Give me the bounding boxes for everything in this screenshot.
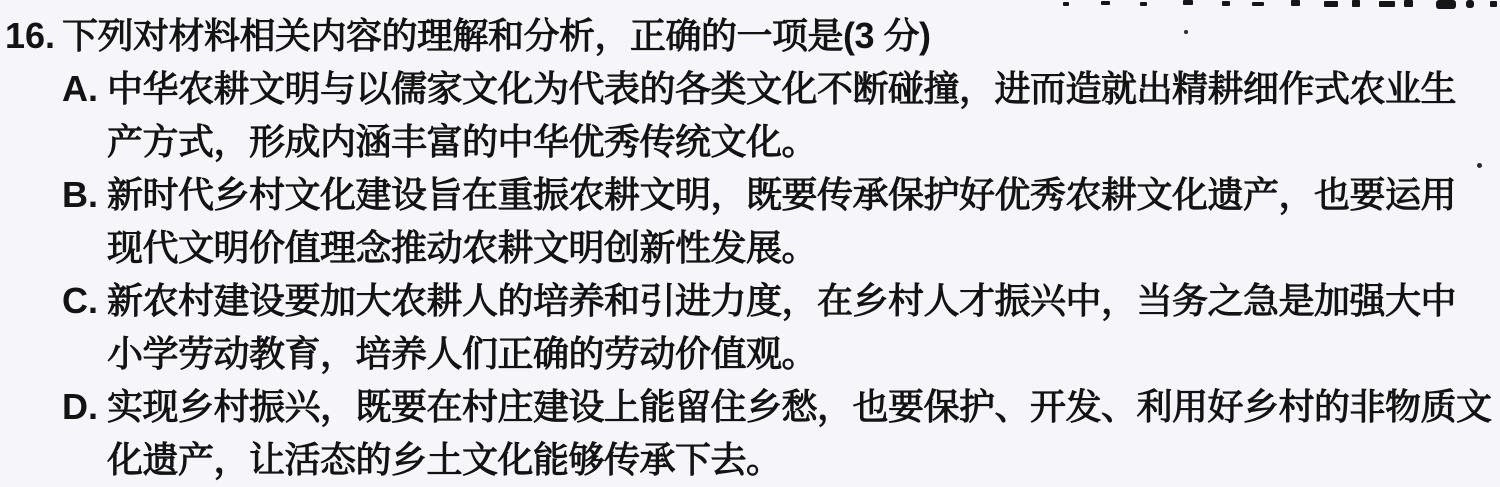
option-c-label: C. <box>62 274 107 327</box>
glyph-fragment <box>1140 2 1147 6</box>
option-d: D.实现乡村振兴，既要在村庄建设上能留住乡愁，也要保护、开发、利用好乡村的非物质… <box>0 380 1500 486</box>
glyph-fragment <box>1101 1 1110 5</box>
option-d-text: 实现乡村振兴，既要在村庄建设上能留住乡愁，也要保护、开发、利用好乡村的非物质文 <box>107 386 1492 427</box>
option-b: B.新时代乡村文化建设旨在重振农耕文明，既要传承保护好优秀农耕文化遗产，也要运用… <box>0 168 1500 274</box>
glyph-fragment <box>1490 1 1497 7</box>
option-a: A.中华农耕文明与以儒家文化为代表的各类文化不断碰撞，进而造就出精耕细作式农业生… <box>0 62 1500 168</box>
option-d-line1: D.实现乡村振兴，既要在村庄建设上能留住乡愁，也要保护、开发、利用好乡村的非物质… <box>0 380 1500 433</box>
question-stem: 下列对材料相关内容的理解和分析，正确的一项是(3 分) <box>62 15 931 56</box>
option-a-line2: 产方式，形成内涵丰富的中华优秀传统文化。 <box>0 115 1500 168</box>
question-block: 16.下列对材料相关内容的理解和分析，正确的一项是(3 分) A.中华农耕文明与… <box>0 9 1500 486</box>
glyph-fragment <box>1252 2 1264 6</box>
option-b-line2: 现代文明价值理念推动农耕文明创新性发展。 <box>0 221 1500 274</box>
glyph-fragment <box>1324 1 1338 7</box>
glyph-fragment <box>1379 1 1395 7</box>
option-d-label: D. <box>62 380 107 433</box>
option-c-line2: 小学劳动教育，培养人们正确的劳动价值观。 <box>0 327 1500 380</box>
glyph-fragment <box>1183 0 1193 5</box>
glyph-fragment <box>1063 2 1069 6</box>
option-c-line1: C.新农村建设要加大农耕人的培养和引进力度，在乡村人才振兴中，当务之急是加强大中 <box>0 274 1500 327</box>
glyph-fragment <box>1466 0 1474 8</box>
option-a-line1: A.中华农耕文明与以儒家文化为代表的各类文化不断碰撞，进而造就出精耕细作式农业生 <box>0 62 1500 115</box>
glyph-fragment <box>1436 0 1456 9</box>
question-number: 16. <box>5 9 62 62</box>
glyph-fragment <box>1404 0 1413 7</box>
glyph-fragment <box>1222 1 1230 6</box>
option-a-text: 中华农耕文明与以儒家文化为代表的各类文化不断碰撞，进而造就出精耕细作式农业生 <box>107 68 1456 109</box>
option-b-line1: B.新时代乡村文化建设旨在重振农耕文明，既要传承保护好优秀农耕文化遗产，也要运用 <box>0 168 1500 221</box>
glyph-fragment <box>1352 0 1360 7</box>
option-b-text: 新时代乡村文化建设旨在重振农耕文明，既要传承保护好优秀农耕文化遗产，也要运用 <box>107 174 1456 215</box>
option-c-text: 新农村建设要加大农耕人的培养和引进力度，在乡村人才振兴中，当务之急是加强大中 <box>107 280 1456 321</box>
option-b-label: B. <box>62 168 107 221</box>
glyph-fragment <box>1291 0 1300 6</box>
scanned-exam-page: 16.下列对材料相关内容的理解和分析，正确的一项是(3 分) A.中华农耕文明与… <box>0 0 1500 487</box>
option-c: C.新农村建设要加大农耕人的培养和引进力度，在乡村人才振兴中，当务之急是加强大中… <box>0 274 1500 380</box>
option-a-label: A. <box>62 62 107 115</box>
question-line: 16.下列对材料相关内容的理解和分析，正确的一项是(3 分) <box>0 9 1500 62</box>
option-d-line2: 化遗产，让活态的乡土文化能够传承下去。 <box>0 433 1500 486</box>
